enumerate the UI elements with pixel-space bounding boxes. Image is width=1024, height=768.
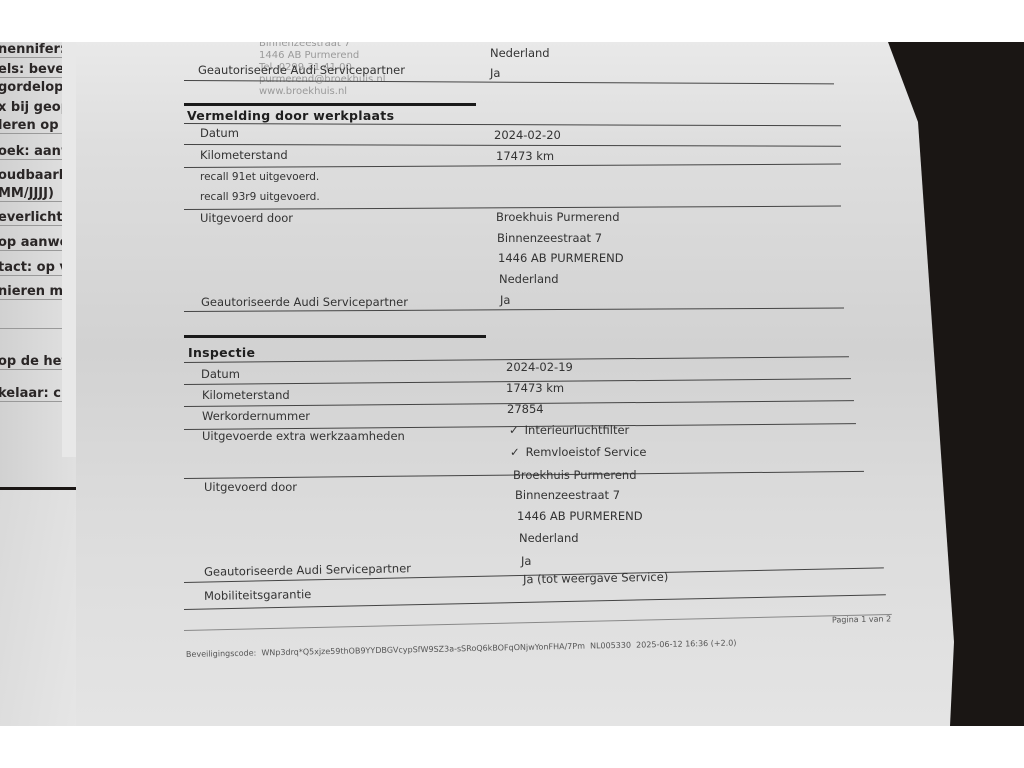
- row-value: Broekhuis Purmerend: [513, 468, 637, 482]
- row-label: Geautoriseerde Audi Servicepartner: [204, 561, 411, 579]
- row-label: Mobiliteitsgarantie: [204, 587, 312, 603]
- checkmark-icon: ✓: [510, 445, 520, 459]
- row-value: 1446 AB PURMEREND: [517, 509, 643, 523]
- security-code: Beveiligingscode: WNp3drq*Q5xjze59thOB9Y…: [186, 638, 737, 659]
- section-title-werkplaats: Vermelding door werkplaats: [187, 108, 394, 123]
- row-label: Kilometerstand: [200, 148, 288, 162]
- row-label: Geautoriseerde Audi Servicepartner: [201, 295, 408, 309]
- section-title-inspectie: Inspectie: [188, 345, 255, 360]
- check-item: ✓Remvloeistof Service: [510, 445, 646, 459]
- background-sheet-lower: [0, 490, 80, 726]
- row-value: 2024-02-19: [506, 360, 573, 374]
- service-record-sheet: Binnenzeestraat 7 1446 AB Purmerend Tel.…: [76, 42, 956, 726]
- top-partner-value: Ja: [490, 66, 500, 80]
- row-value: 27854: [507, 402, 544, 416]
- check-item: ✓Interieurluchtfilter: [509, 423, 629, 437]
- row-label: Werkordernummer: [202, 409, 310, 423]
- row-value: Ja: [500, 293, 510, 307]
- row-value: Binnenzeestraat 7: [515, 488, 620, 502]
- row-value: Ja (tot weergave Service): [523, 570, 668, 587]
- row-label: Kilometerstand: [202, 388, 290, 402]
- row-value: 17473 km: [496, 149, 554, 163]
- row-value: 17473 km: [506, 381, 564, 395]
- row-value: Broekhuis Purmerend: [496, 210, 620, 224]
- row-value: 1446 AB PURMEREND: [498, 251, 624, 265]
- page-number: Pagina 1 van 2: [832, 614, 891, 624]
- top-partner-label: Geautoriseerde Audi Servicepartner: [198, 63, 405, 77]
- document-photo: nennifer: els: bevest gordelop x bij geo…: [0, 42, 1024, 726]
- row-label: Datum: [200, 126, 239, 140]
- row-label: Uitgevoerd door: [204, 480, 297, 494]
- row-value: Nederland: [499, 272, 559, 286]
- row-value: Ja: [521, 554, 531, 568]
- row-label: Uitgevoerde extra werkzaamheden: [202, 429, 405, 443]
- row-value: Nederland: [519, 531, 579, 545]
- row-value: Binnenzeestraat 7: [497, 231, 602, 245]
- recall-line: recall 91et uitgevoerd.: [200, 171, 319, 183]
- top-country-value: Nederland: [490, 46, 550, 60]
- recall-line: recall 93r9 uitgevoerd.: [200, 191, 320, 203]
- checkmark-icon: ✓: [509, 423, 519, 437]
- row-label: Uitgevoerd door: [200, 211, 293, 225]
- row-value: 2024-02-20: [494, 128, 561, 142]
- row-label: Datum: [201, 367, 240, 381]
